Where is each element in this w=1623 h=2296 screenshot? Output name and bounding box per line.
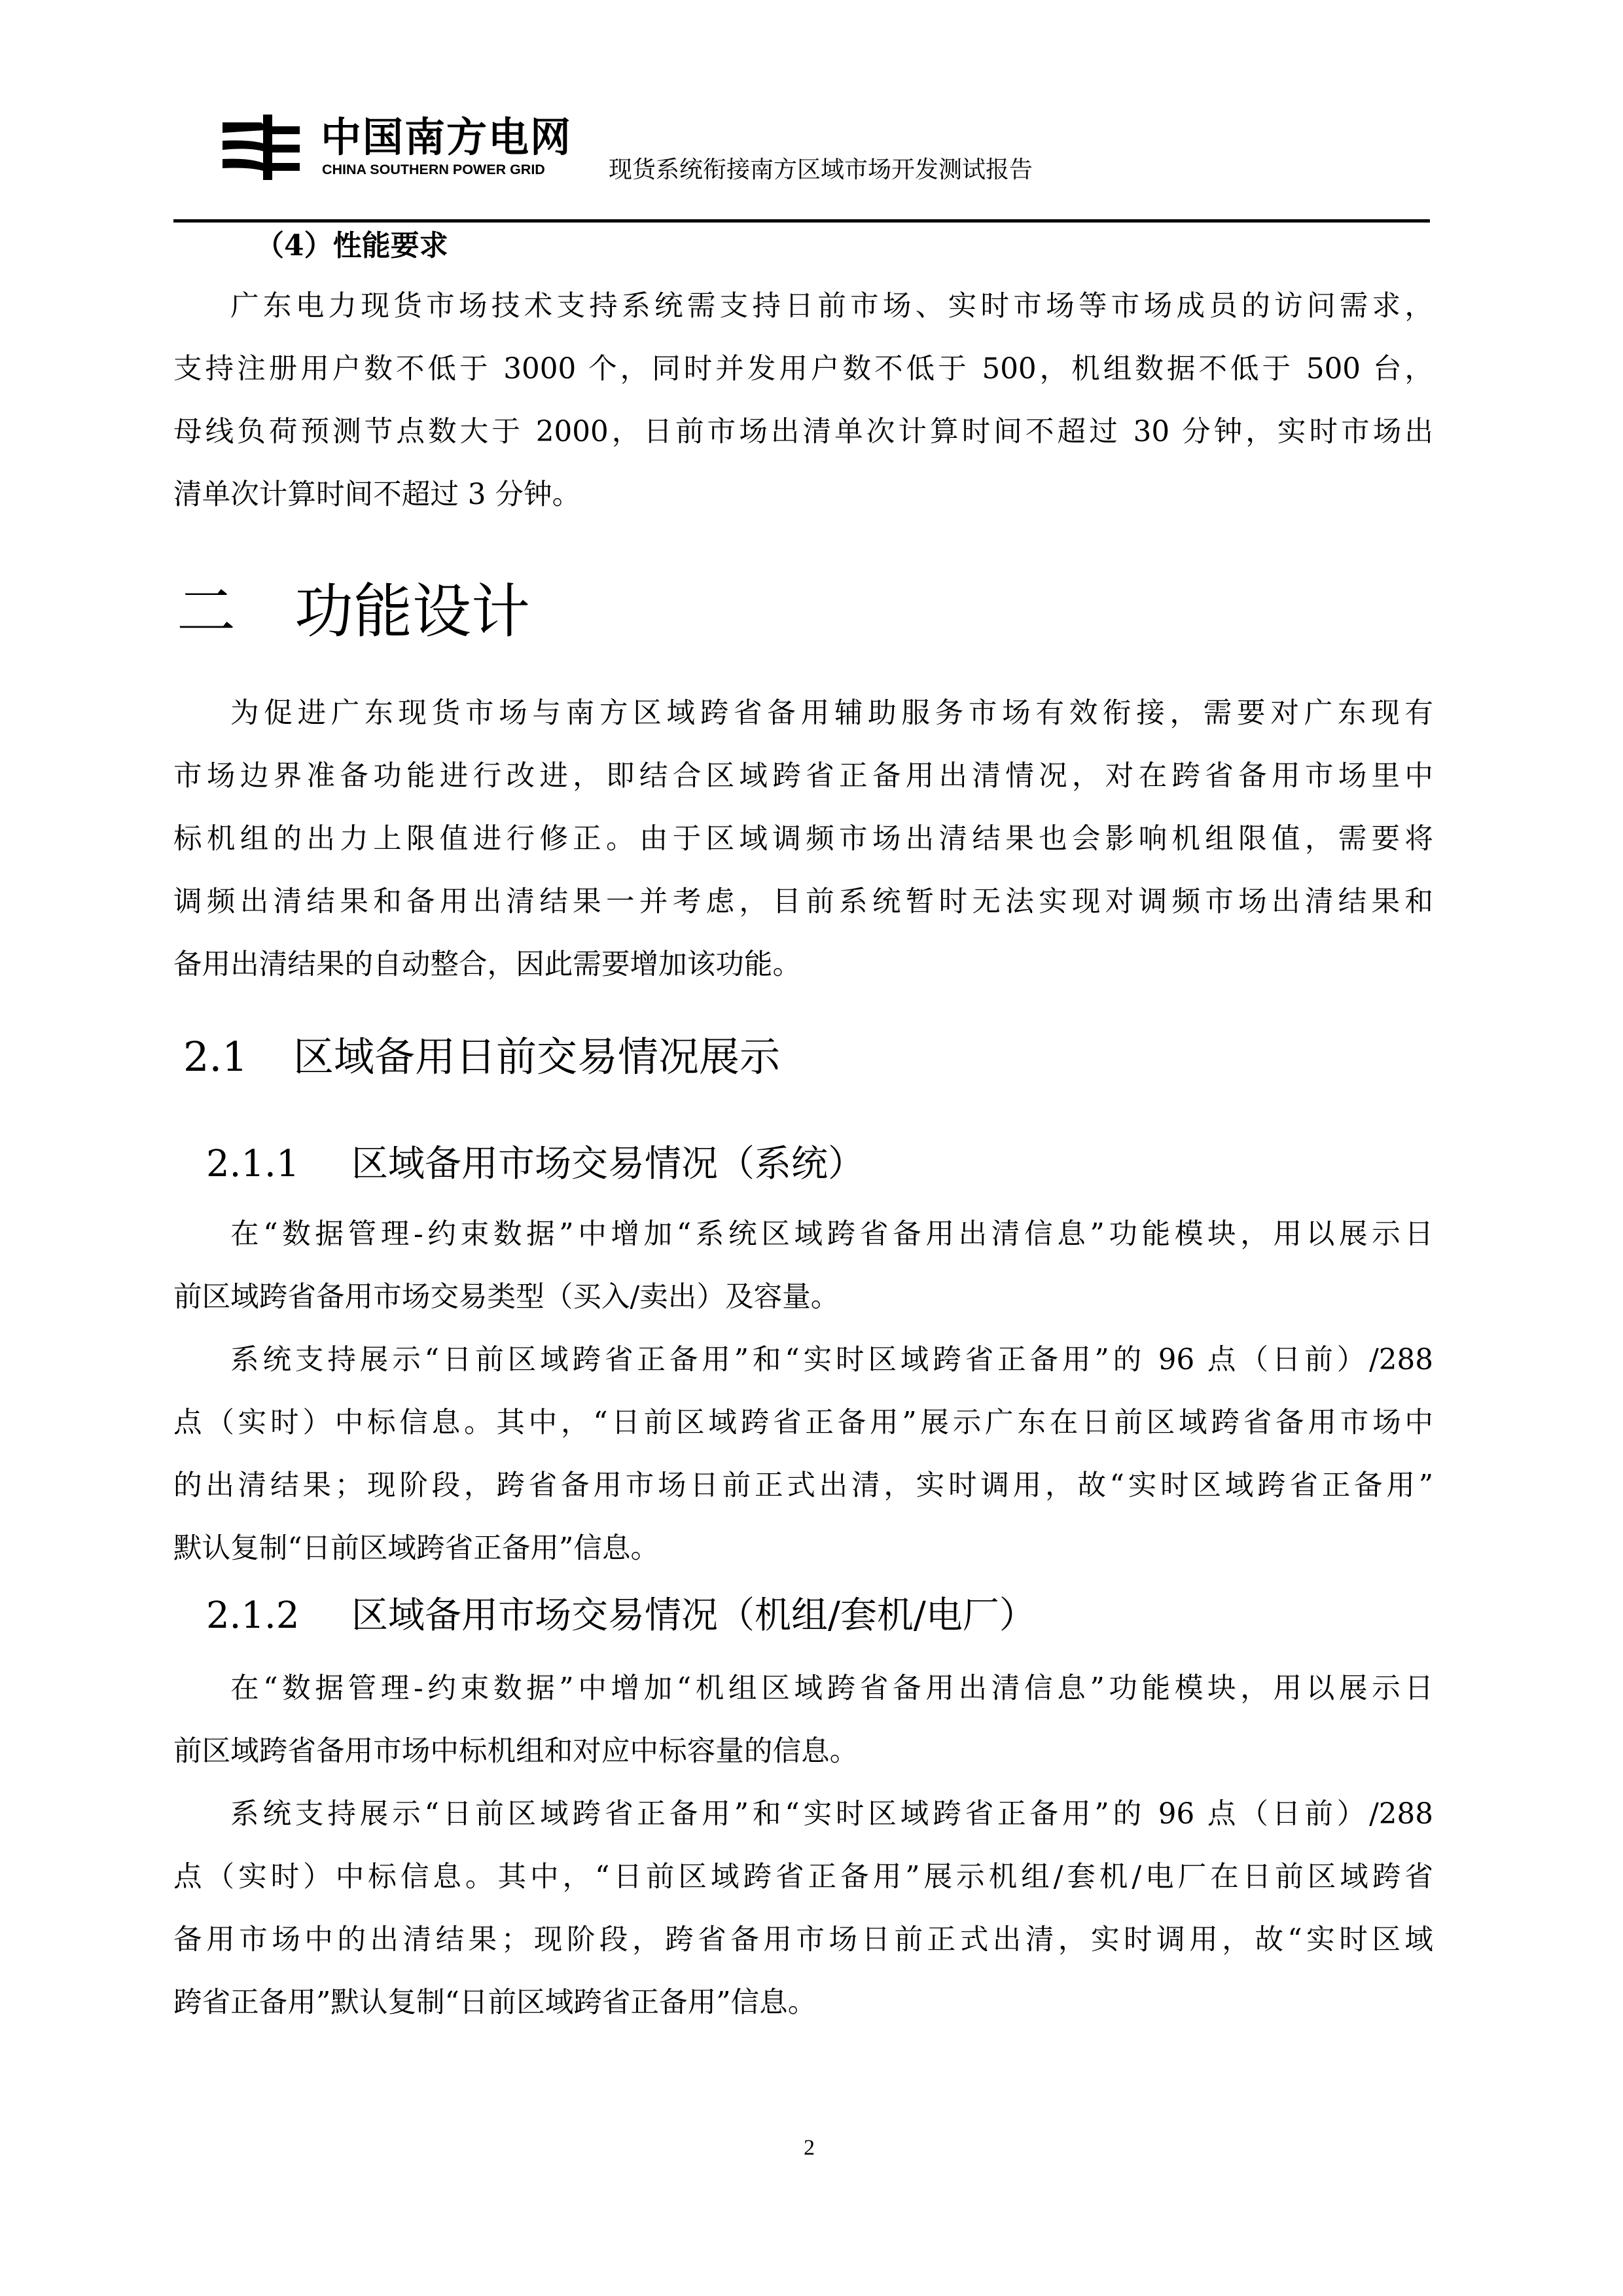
text-line: 前区域跨省备用市场交易类型（买入/卖出）及容量。 (173, 1266, 1433, 1329)
section-number: 2.1 (183, 1031, 293, 1083)
section-heading-2-1: 2.1区域备用日前交易情况展示 (183, 1031, 780, 1083)
header-divider (173, 219, 1430, 223)
text-line: 市场边界准备功能进行改进，即结合区域跨省正备用出清情况，对在跨省备用市场里中 (173, 745, 1433, 808)
section-heading-2-1-1: 2.1.1区域备用市场交易情况（系统） (206, 1141, 865, 1188)
text-line: 母线负荷预测节点数大于 2000，日前市场出清单次计算时间不超过 30 分钟，实… (173, 401, 1433, 463)
text-line: 跨省正备用”默认复制“日前区域跨省正备用”信息。 (173, 1971, 1433, 2034)
section-title: 区域备用市场交易情况（机组/套机/电厂） (351, 1594, 1036, 1637)
text-line: 备用出清结果的自动整合，因此需要增加该功能。 (173, 933, 1433, 996)
paragraph-2-1-1-b: 系统支持展示“日前区域跨省正备用”和“实时区域跨省正备用”的 96 点（日前）/… (173, 1329, 1433, 1580)
section-heading-2-1-2: 2.1.2区域备用市场交易情况（机组/套机/电厂） (206, 1592, 1036, 1640)
text-line: 广东电力现货市场技术支持系统需支持日前市场、实时市场等市场成员的访问需求， (173, 275, 1433, 338)
text-line: 系统支持展示“日前区域跨省正备用”和“实时区域跨省正备用”的 96 点（日前）/… (173, 1783, 1433, 1846)
paragraph-2-1-1-a: 在“数据管理-约束数据”中增加“系统区域跨省备用出清信息”功能模块，用以展示日 … (173, 1203, 1433, 1329)
chapter-heading: 二功能设计 (177, 576, 530, 648)
text-line: 备用市场中的出清结果；现阶段，跨省备用市场日前正式出清，实时调用，故“实时区域 (173, 1909, 1433, 1971)
section-number: 2.1.2 (206, 1592, 351, 1640)
text-line: 在“数据管理-约束数据”中增加“机组区域跨省备用出清信息”功能模块，用以展示日 (173, 1657, 1433, 1720)
section-title: 区域备用日前交易情况展示 (293, 1033, 780, 1081)
text-line: 支持注册用户数不低于 3000 个，同时并发用户数不低于 500，机组数据不低于… (173, 338, 1433, 401)
text-line: 点（实时）中标信息。其中，“日前区域跨省正备用”展示机组/套机/电厂在日前区域跨… (173, 1846, 1433, 1909)
company-logo: 中国南方电网 CHINA SOUTHERN POWER GRID (223, 115, 576, 180)
power-grid-logo-icon (223, 115, 301, 180)
text-line: 系统支持展示“日前区域跨省正备用”和“实时区域跨省正备用”的 96 点（日前）/… (173, 1329, 1433, 1391)
chapter-number: 二 (177, 576, 294, 648)
text-line: 的出清结果；现阶段，跨省备用市场日前正式出清，实时调用，故“实时区域跨省正备用” (173, 1454, 1433, 1517)
paragraph-chapter-intro: 为促进广东现货市场与南方区域跨省备用辅助服务市场有效衔接，需要对广东现有 市场边… (173, 682, 1433, 996)
text-line: 前区域跨省备用市场中标机组和对应中标容量的信息。 (173, 1720, 1433, 1783)
text-line: 调频出清结果和备用出清结果一并考虑，目前系统暂时无法实现对调频市场出清结果和 (173, 870, 1433, 933)
text-line: 标机组的出力上限值进行修正。由于区域调频市场出清结果也会影响机组限值，需要将 (173, 808, 1433, 870)
subsection-heading-performance: （4）性能要求 (255, 228, 448, 264)
logo-english-name: CHINA SOUTHERN POWER GRID (322, 162, 545, 177)
text-line: 在“数据管理-约束数据”中增加“系统区域跨省备用出清信息”功能模块，用以展示日 (173, 1203, 1433, 1266)
document-title: 现货系统衔接南方区域市场开发测试报告 (609, 157, 1033, 183)
page-number: 2 (804, 2135, 815, 2161)
text-line: 点（实时）中标信息。其中，“日前区域跨省正备用”展示广东在日前区域跨省备用市场中 (173, 1391, 1433, 1454)
text-line: 为促进广东现货市场与南方区域跨省备用辅助服务市场有效衔接，需要对广东现有 (173, 682, 1433, 745)
text-line: 默认复制“日前区域跨省正备用”信息。 (173, 1517, 1433, 1580)
chapter-title: 功能设计 (294, 577, 530, 646)
section-title: 区域备用市场交易情况（系统） (351, 1143, 865, 1185)
paragraph-2-1-2-b: 系统支持展示“日前区域跨省正备用”和“实时区域跨省正备用”的 96 点（日前）/… (173, 1783, 1433, 2034)
text-line: 清单次计算时间不超过 3 分钟。 (173, 463, 1433, 526)
paragraph-2-1-2-a: 在“数据管理-约束数据”中增加“机组区域跨省备用出清信息”功能模块，用以展示日 … (173, 1657, 1433, 1783)
paragraph-performance: 广东电力现货市场技术支持系统需支持日前市场、实时市场等市场成员的访问需求， 支持… (173, 275, 1433, 526)
logo-chinese-name: 中国南方电网 (321, 116, 572, 159)
section-number: 2.1.1 (206, 1141, 351, 1188)
